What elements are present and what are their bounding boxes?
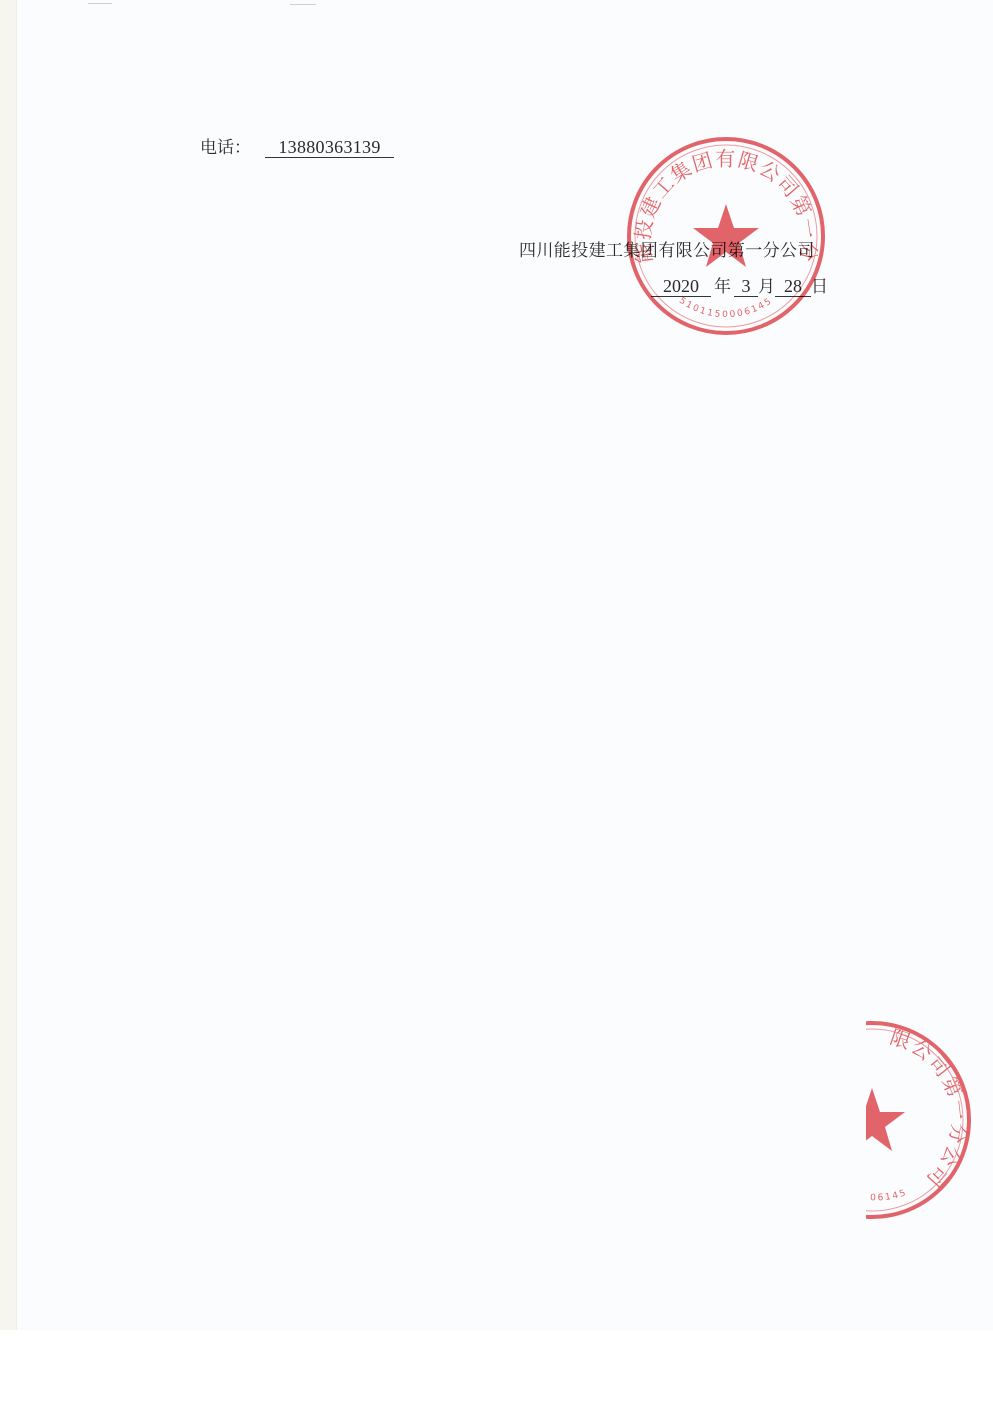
seal-code: 5101150006145 xyxy=(677,296,775,320)
scan-edge-strip xyxy=(0,0,17,1330)
scan-mark xyxy=(88,3,112,4)
company-seal: 四川能投建工集团有限公司第一分公司 5101150006145 xyxy=(624,134,828,338)
scan-mark xyxy=(290,4,316,5)
phone-label: 电话： xyxy=(200,138,251,158)
seal-code: 06145 xyxy=(870,1188,909,1204)
star-icon xyxy=(693,204,759,267)
phone-line: 电话：13880363139 xyxy=(200,137,394,158)
seal-ring-text: 限公司第一分公司 xyxy=(887,1025,971,1194)
scan-background xyxy=(0,0,993,1330)
phone-value: 13880363139 xyxy=(265,137,394,158)
